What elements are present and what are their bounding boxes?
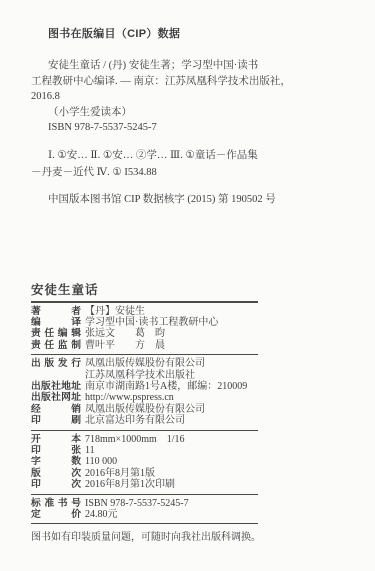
colophon-row-value: 南京市湖南路1号A楼，邮编：210009 (85, 381, 247, 392)
cip-series-note: （小学生爱读本） (31, 105, 345, 121)
colophon-row-distributor: 经销 凤凰出版传媒股份有限公司 (31, 404, 258, 415)
colophon-row-price: 定价 24.80元 (31, 509, 258, 520)
colophon-group-staff: 著者 【丹】安徒生 编译 学习型中国·读书工程教研中心 责任编辑 张远文 葛 昀… (31, 303, 258, 355)
colophon-row-printing: 印次 2016年8月第1次印刷 (31, 479, 258, 490)
colophon-row-value: 2016年8月第1次印刷 (85, 479, 175, 490)
colophon-row-label: 著者 (31, 306, 81, 317)
cip-record-line: 2016.8 (31, 89, 345, 105)
colophon-row-value: 凤凰出版传媒股份有限公司 (85, 358, 205, 369)
quality-note: 图书如有印装质量问题，可随时向我社出版科调换。 (31, 531, 345, 544)
colophon-row-value: 【丹】安徒生 (85, 306, 145, 317)
colophon-row-value: 2016年8月第1版 (85, 468, 155, 479)
book-title: 安徒生童话 (31, 283, 345, 297)
cip-classification-block: Ⅰ. ①安… Ⅱ. ①安… ②学… Ⅲ. ①童话－作品集 －丹麦－近代 Ⅳ. ①… (31, 147, 345, 181)
colophon-row-label: 版次 (31, 468, 81, 479)
colophon-row-value: 张远文 葛 昀 (85, 328, 165, 339)
colophon-row-translator: 编译 学习型中国·读书工程教研中心 (31, 317, 258, 328)
colophon-row-value: 凤凰出版传媒股份有限公司 (85, 404, 205, 415)
colophon-row-sheets: 印张 11 (31, 445, 258, 456)
cip-isbn: ISBN 978-7-5537-5245-7 (31, 120, 345, 136)
colophon-row-label: 出版社地址 (31, 381, 81, 392)
cip-record-block: 安徒生童话 / (丹) 安徒生著；学习型中国·读书 工程教研中心编译. — 南京… (31, 58, 345, 136)
colophon-row-label: 标准书号 (31, 498, 81, 509)
colophon-row-value: 718mm×1000mm 1/16 (85, 434, 185, 445)
colophon-row-label: 责任监制 (31, 340, 81, 351)
cip-heading: 图书在版编目（CIP）数据 (48, 28, 345, 41)
colophon-row-format: 开本 718mm×1000mm 1/16 (31, 434, 258, 445)
colophon-row-label: 出版发行 (31, 358, 81, 369)
colophon-row-address: 出版社地址 南京市湖南路1号A楼，邮编：210009 (31, 381, 258, 392)
colophon-row-label: 定价 (31, 509, 81, 520)
colophon-row-supervisor: 责任监制 曹叶平 方 晨 (31, 340, 258, 351)
colophon-row-value: 北京富达印务有限公司 (85, 415, 185, 426)
colophon-row-value: 曹叶平 方 晨 (85, 340, 165, 351)
colophon-row-label: 印张 (31, 445, 81, 456)
cip-classification-line: －丹麦－近代 Ⅳ. ① I534.88 (31, 164, 345, 181)
colophon-group-publisher: 出版发行 凤凰出版传媒股份有限公司 江苏凤凰科学技术出版社 出版社地址 南京市湖… (31, 354, 258, 429)
colophon-row-editor: 责任编辑 张远文 葛 昀 (31, 328, 258, 339)
colophon-row-value: 24.80元 (85, 509, 118, 520)
colophon-row-value: 11 (85, 445, 95, 456)
cip-record-line: 安徒生童话 / (丹) 安徒生著；学习型中国·读书 (31, 58, 345, 74)
colophon-table: 著者 【丹】安徒生 编译 学习型中国·读书工程教研中心 责任编辑 张远文 葛 昀… (31, 301, 258, 525)
cip-registry-line: 中国版本图书馆 CIP 数据核字 (2015) 第 190502 号 (31, 193, 345, 207)
copyright-page: 图书在版编目（CIP）数据 安徒生童话 / (丹) 安徒生著；学习型中国·读书 … (0, 0, 375, 571)
colophon-row-label: 出版社网址 (31, 392, 81, 403)
colophon-row-value: 110 000 (85, 456, 117, 467)
colophon-row-label: 经销 (31, 404, 81, 415)
colophon-row-edition: 版次 2016年8月第1版 (31, 468, 258, 479)
cip-record-line: 工程教研中心编译. — 南京：江苏凤凰科学技术出版社， (31, 74, 345, 90)
colophon-row-website: 出版社网址 http://www.pspress.cn (31, 392, 258, 403)
colophon-group-format: 开本 718mm×1000mm 1/16 印张 11 字数 110 000 版次… (31, 430, 258, 494)
colophon-row-label: 责任编辑 (31, 328, 81, 339)
colophon-row-value: 江苏凤凰科学技术出版社 (85, 370, 195, 381)
colophon-row-value: 学习型中国·读书工程教研中心 (85, 317, 218, 328)
colophon-row-label: 编译 (31, 317, 81, 328)
colophon-row-printer: 印刷 北京富达印务有限公司 (31, 415, 258, 426)
colophon-row-wordcount: 字数 110 000 (31, 456, 258, 467)
colophon-row-label: 字数 (31, 456, 81, 467)
colophon-row-label: 开本 (31, 434, 81, 445)
colophon-row-author: 著者 【丹】安徒生 (31, 306, 258, 317)
cip-classification-line: Ⅰ. ①安… Ⅱ. ①安… ②学… Ⅲ. ①童话－作品集 (31, 147, 345, 164)
colophon-row-publisher-2: 江苏凤凰科学技术出版社 (31, 370, 258, 381)
colophon-row-website-url: http://www.pspress.cn (85, 392, 174, 403)
colophon-group-isbn-price: 标准书号 ISBN 978-7-5537-5245-7 定价 24.80元 (31, 494, 258, 524)
colophon-row-value: ISBN 978-7-5537-5245-7 (85, 498, 189, 509)
colophon-row-isbn: 标准书号 ISBN 978-7-5537-5245-7 (31, 498, 258, 509)
colophon-row-label: 印刷 (31, 415, 81, 426)
colophon-row-label: 印次 (31, 479, 81, 490)
colophon-row-publisher: 出版发行 凤凰出版传媒股份有限公司 (31, 358, 258, 369)
